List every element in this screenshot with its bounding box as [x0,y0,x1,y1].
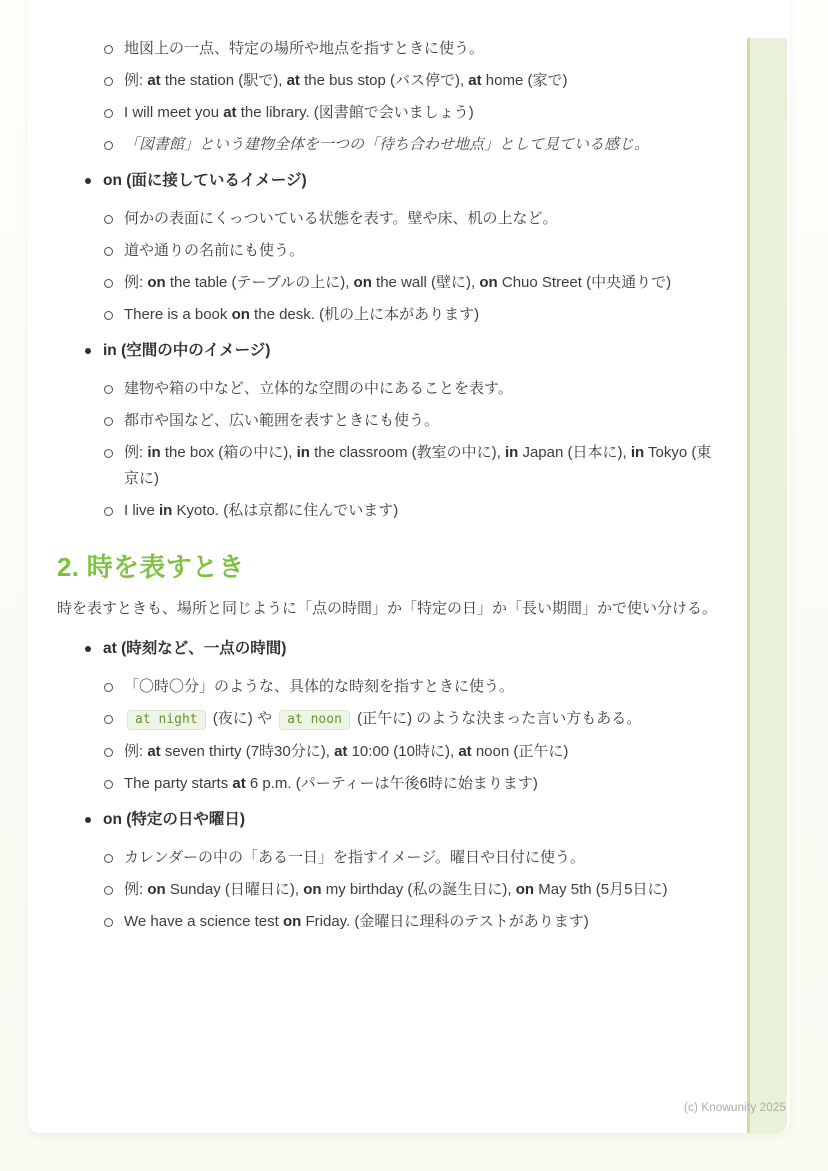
list-item-sub: 地図上の一点、特定の場所や地点を指すときに使う。 [104,36,723,62]
text-run: my birthday (私の誕生日に), [322,881,516,898]
bold-text: on [147,274,165,291]
bold-text: on [232,306,250,323]
list-item-text: 例: on Sunday (日曜日に), on my birthday (私の誕… [124,877,723,903]
list-item-text: 建物や箱の中など、立体的な空間の中にあることを表す。 [124,376,723,402]
dot-bullet-icon [85,646,91,652]
list-item-sub: I live in Kyoto. (私は京都に住んでいます) [104,498,723,524]
text-run: 都市や国など、広い範囲を表すときにも使う。 [124,412,439,429]
section-heading: 2. 時を表すとき [57,550,723,584]
list-item-text: The party starts at 6 p.m. (パーティーは午後6時に始… [124,771,723,797]
list-item-text: I live in Kyoto. (私は京都に住んでいます) [124,498,723,524]
text-run: 何かの表面にくっついている状態を表す。壁や床、机の上など。 [124,210,558,227]
list-item-text: I will meet you at the library. (図書館で会いま… [124,100,723,126]
text-run: Friday. (金曜日に理科のテストがあります) [301,913,588,930]
text-run: the table (テーブルの上に), [166,274,354,291]
bold-text: at [334,743,347,760]
bold-text: in [147,444,160,461]
bold-text: at [287,72,300,89]
bold-text: at [147,743,160,760]
list-item-text: 道や通りの名前にも使う。 [124,238,723,264]
list-item-sub: The party starts at 6 p.m. (パーティーは午後6時に始… [104,771,723,797]
text-run: (夜に) や [209,710,277,727]
text-run: the box (箱の中に), [161,444,297,461]
text-run: Chuo Street (中央通りで) [498,274,671,291]
bold-text: at [468,72,481,89]
list-item-sub: 「図書館」という建物全体を一つの「待ち合わせ地点」として見ている感じ。 [104,132,723,158]
bold-text: at [232,775,245,792]
sub-list: カレンダーの中の「ある一日」を指すイメージ。曜日や日付に使う。例: on Sun… [57,845,723,935]
list-item-sub: I will meet you at the library. (図書館で会いま… [104,100,723,126]
bold-text: in (空間の中のイメージ) [103,342,270,359]
list-item-text: 何かの表面にくっついている状態を表す。壁や床、机の上など。 [124,206,723,232]
text-run: 「〇時〇分」のような、具体的な時刻を指すときに使う。 [124,678,514,695]
text-run: 例: [124,743,147,760]
text-run: 6 p.m. (パーティーは午後6時に始まります) [246,775,538,792]
circle-bullet-icon [104,780,113,789]
bold-text: at (時刻など、一点の時間) [103,640,286,657]
dot-bullet-icon [85,817,91,823]
watermark: (c) Knowunity 2025 [684,1102,786,1114]
text-run: 建物や箱の中など、立体的な空間の中にあることを表す。 [124,380,513,397]
sub-list: 建物や箱の中など、立体的な空間の中にあることを表す。都市や国など、広い範囲を表す… [57,376,723,524]
bold-text: on (面に接しているイメージ) [103,172,307,189]
text-run: 道や通りの名前にも使う。 [124,242,304,259]
list-item-main: on (面に接しているイメージ) [85,168,723,194]
bold-text: on [303,881,321,898]
bold-text: at [147,72,160,89]
inline-code: at noon [279,710,350,730]
circle-bullet-icon [104,45,113,54]
text-run: the classroom (教室の中に), [310,444,505,461]
text-run: カレンダーの中の「ある一日」を指すイメージ。曜日や日付に使う。 [124,849,585,866]
list-item-sub: 例: at the station (駅で), at the bus stop … [104,68,723,94]
list-item-sub: 都市や国など、広い範囲を表すときにも使う。 [104,408,723,434]
list-item-text: There is a book on the desk. (机の上に本があります… [124,302,723,328]
document-card: 地図上の一点、特定の場所や地点を指すときに使う。例: at the statio… [28,0,790,1133]
text-run: I will meet you [124,104,223,121]
list-item-sub: We have a science test on Friday. (金曜日に理… [104,909,723,935]
text-run: We have a science test [124,913,283,930]
list-item-sub: カレンダーの中の「ある一日」を指すイメージ。曜日や日付に使う。 [104,845,723,871]
list-item-sub: 「〇時〇分」のような、具体的な時刻を指すときに使う。 [104,674,723,700]
circle-bullet-icon [104,507,113,516]
list-item-sub: at night (夜に) や at noon (正午に) のような決まった言い… [104,706,723,733]
list-item-text: 地図上の一点、特定の場所や地点を指すときに使う。 [124,36,723,62]
text-run: (正午に) のような決まった言い方もある。 [353,710,641,727]
text-run: the wall (壁に), [372,274,480,291]
sub-list: 地図上の一点、特定の場所や地点を指すときに使う。例: at the statio… [57,36,723,158]
list-item-sub: 何かの表面にくっついている状態を表す。壁や床、机の上など。 [104,206,723,232]
document-content: 地図上の一点、特定の場所や地点を指すときに使う。例: at the statio… [57,36,723,941]
text-run: Kyoto. (私は京都に住んでいます) [172,502,398,519]
page-edge-strip [747,38,787,1133]
circle-bullet-icon [104,109,113,118]
bold-text: in [631,444,644,461]
text-run: the desk. (机の上に本があります) [250,306,479,323]
circle-bullet-icon [104,886,113,895]
list-item-sub: 道や通りの名前にも使う。 [104,238,723,264]
text-run: The party starts [124,775,232,792]
list-item-text: at (時刻など、一点の時間) [103,636,723,662]
dot-bullet-icon [85,348,91,354]
list-item-main: at (時刻など、一点の時間) [85,636,723,662]
sub-list: 「〇時〇分」のような、具体的な時刻を指すときに使う。at night (夜に) … [57,674,723,797]
bold-text: on [516,881,534,898]
circle-bullet-icon [104,715,113,724]
list-item-sub: 例: on Sunday (日曜日に), on my birthday (私の誕… [104,877,723,903]
list-item-text: in (空間の中のイメージ) [103,338,723,364]
paragraph: 時を表すときも、場所と同じように「点の時間」か「特定の日」か「長い期間」かで使い… [57,596,723,622]
sub-list: 何かの表面にくっついている状態を表す。壁や床、机の上など。道や通りの名前にも使う… [57,206,723,328]
bold-text: at [223,104,236,121]
list-item-sub: 例: on the table (テーブルの上に), on the wall (… [104,270,723,296]
list-item-text: on (特定の日や曜日) [103,807,723,833]
text-run: May 5th (5月5日に) [534,881,667,898]
dot-bullet-icon [85,178,91,184]
list-item-sub: 例: at seven thirty (7時30分に), at 10:00 (1… [104,739,723,765]
bold-text: in [505,444,518,461]
text-run: Sunday (日曜日に), [166,881,304,898]
circle-bullet-icon [104,854,113,863]
bold-text: at [458,743,471,760]
circle-bullet-icon [104,683,113,692]
inline-code: at night [127,710,206,730]
bold-text: on (特定の日や曜日) [103,811,245,828]
text-run: 地図上の一点、特定の場所や地点を指すときに使う。 [124,40,484,57]
text-run: home (家で) [482,72,568,89]
text-run: 例: [124,72,147,89]
circle-bullet-icon [104,279,113,288]
list-item-text: 「図書館」という建物全体を一つの「待ち合わせ地点」として見ている感じ。 [124,132,723,158]
circle-bullet-icon [104,417,113,426]
list-item-sub: There is a book on the desk. (机の上に本があります… [104,302,723,328]
list-item-text: カレンダーの中の「ある一日」を指すイメージ。曜日や日付に使う。 [124,845,723,871]
bold-text: on [283,913,301,930]
bold-text: on [479,274,497,291]
text-run: the library. (図書館で会いましょう) [237,104,474,121]
circle-bullet-icon [104,385,113,394]
list-item-sub: 建物や箱の中など、立体的な空間の中にあることを表す。 [104,376,723,402]
list-item-main: in (空間の中のイメージ) [85,338,723,364]
circle-bullet-icon [104,215,113,224]
list-item-text: 例: at seven thirty (7時30分に), at 10:00 (1… [124,739,723,765]
text-run: 10:00 (10時に), [347,743,458,760]
list-item-main: on (特定の日や曜日) [85,807,723,833]
list-item-text: on (面に接しているイメージ) [103,168,723,194]
circle-bullet-icon [104,748,113,757]
text-run: noon (正午に) [472,743,569,760]
bold-text: in [297,444,310,461]
bold-text: in [159,502,172,519]
list-item-text: 都市や国など、広い範囲を表すときにも使う。 [124,408,723,434]
text-run: the bus stop (バス停で), [300,72,468,89]
text-run: 例: [124,274,147,291]
circle-bullet-icon [104,918,113,927]
text-run: seven thirty (7時30分に), [161,743,334,760]
list-item-text: We have a science test on Friday. (金曜日に理… [124,909,723,935]
text-run: There is a book [124,306,232,323]
circle-bullet-icon [104,311,113,320]
list-item-text: 例: in the box (箱の中に), in the classroom (… [124,440,723,492]
list-item-sub: 例: in the box (箱の中に), in the classroom (… [104,440,723,492]
text-run: 「図書館」という建物全体を一つの「待ち合わせ地点」として見ている感じ。 [124,136,649,153]
text-run: Japan (日本に), [518,444,631,461]
bold-text: on [147,881,165,898]
text-run: 例: [124,881,147,898]
list-item-text: 「〇時〇分」のような、具体的な時刻を指すときに使う。 [124,674,723,700]
circle-bullet-icon [104,77,113,86]
list-item-text: 例: on the table (テーブルの上に), on the wall (… [124,270,723,296]
bold-text: on [354,274,372,291]
text-run: I live [124,502,159,519]
list-item-text: at night (夜に) や at noon (正午に) のような決まった言い… [124,706,723,733]
circle-bullet-icon [104,141,113,150]
circle-bullet-icon [104,449,113,458]
list-item-text: 例: at the station (駅で), at the bus stop … [124,68,723,94]
text-run: the station (駅で), [161,72,287,89]
text-run: 例: [124,444,147,461]
circle-bullet-icon [104,247,113,256]
